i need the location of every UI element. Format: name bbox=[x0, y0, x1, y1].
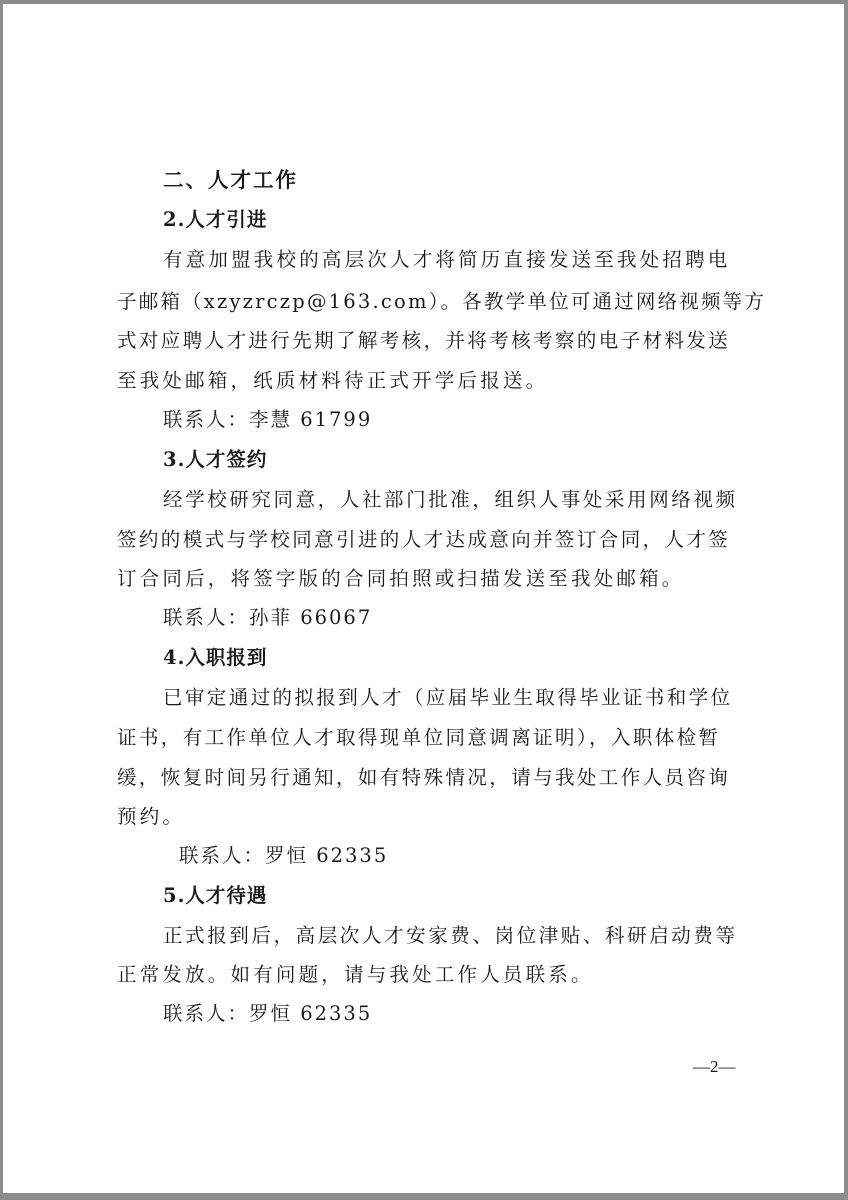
heading-talent-benefits: 5.人才待遇 bbox=[163, 884, 267, 908]
heading-talent-signing: 3.人才签约 bbox=[163, 448, 267, 472]
paragraph-line: 订合同后，将签字版的合同拍照或扫描发送至我处邮箱。 bbox=[117, 567, 685, 591]
paragraph-line: 经学校研究同意，人社部门批准，组织人事处采用网络视频 bbox=[163, 488, 738, 512]
paragraph-line: 签约的模式与学校同意引进的人才达成意向并签订合同，人才签 bbox=[117, 528, 730, 552]
paragraph-line: 缓，恢复时间另行通知，如有特殊情况，请与我处工作人员咨询 bbox=[117, 766, 730, 790]
paragraph-line: 子邮箱（xzyzrczp@163.com）。各教学单位可通过网络视频等方 bbox=[117, 290, 766, 314]
contact-info: 联系人：罗恒 62335 bbox=[163, 1002, 372, 1026]
page-number: —2— bbox=[693, 1057, 736, 1077]
section-title: 二、人才工作 bbox=[163, 168, 298, 192]
heading-onboarding: 4.入职报到 bbox=[163, 646, 267, 670]
paragraph-line: 已审定通过的拟报到人才（应届毕业生取得毕业证书和学位 bbox=[163, 686, 732, 710]
paragraph-line: 证书，有工作单位人才取得现单位同意调离证明），入职体检暂 bbox=[117, 726, 720, 750]
contact-info: 联系人：罗恒 62335 bbox=[179, 844, 388, 868]
contact-info: 联系人：孙菲 66067 bbox=[163, 606, 372, 630]
paragraph-line: 正式报到后，高层次人才安家费、岗位津贴、科研启动费等 bbox=[163, 924, 738, 948]
contact-info: 联系人：李慧 61799 bbox=[163, 408, 372, 432]
document-page: 二、人才工作 2.人才引进 有意加盟我校的高层次人才将简历直接发送至我处招聘电 … bbox=[3, 4, 844, 1193]
heading-talent-recruitment: 2.人才引进 bbox=[163, 208, 267, 232]
paragraph-line: 正常发放。如有问题，请与我处工作人员联系。 bbox=[117, 963, 594, 987]
paragraph-line: 有意加盟我校的高层次人才将简历直接发送至我处招聘电 bbox=[163, 248, 731, 272]
paragraph-line: 至我处邮箱，纸质材料待正式开学后报送。 bbox=[117, 369, 548, 393]
paragraph-line: 式对应聘人才进行先期了解考核，并将考核考察的电子材料发送 bbox=[117, 329, 730, 353]
paragraph-line: 预约。 bbox=[117, 805, 185, 829]
